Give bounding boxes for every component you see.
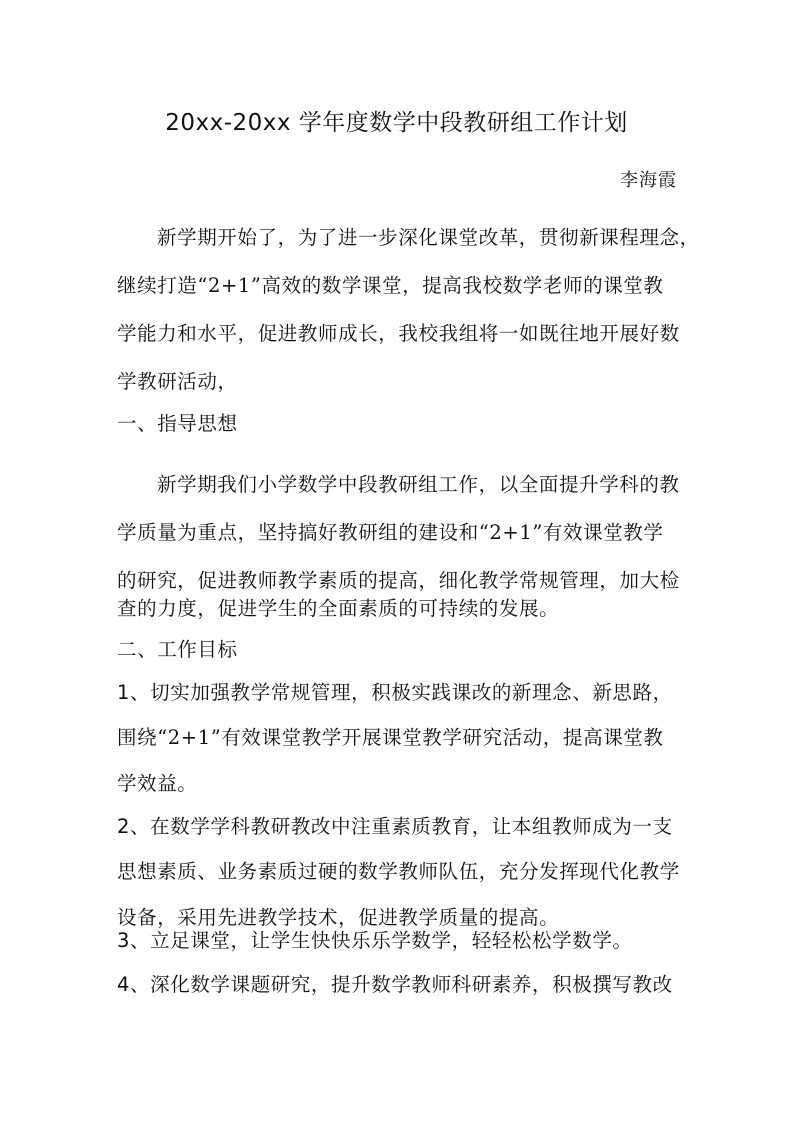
- item-text: 、在数学学科教研教改中注重素质教育，让本组教师成为一支: [130, 815, 673, 838]
- item-text: 、切实加强教学常规管理，积极实践课改的新理念、新思路，: [130, 681, 673, 704]
- section-heading: 二、工作目标: [117, 638, 238, 662]
- item-text: 、深化数学课题研究，提升数学教师科研素养，积极撰写教改: [130, 973, 673, 996]
- author-name: 李海霞: [620, 166, 677, 192]
- paragraph-line: 2、在数学学科教研教改中注重素质教育，让本组教师成为一支: [117, 815, 673, 839]
- paragraph-line: 学效益。: [117, 772, 197, 796]
- paragraph-line: 1、切实加强教学常规管理，积极实践课改的新理念、新思路，: [117, 681, 673, 705]
- document-title: 20xx-20xx 学年度数学中段教研组工作计划: [0, 104, 793, 137]
- paragraph-line: 思想素质、业务素质过硬的数学教师队伍，充分发挥现代化教学: [117, 860, 680, 884]
- paragraph-line: 查的力度，促进学生的全面素质的可持续的发展。: [117, 597, 559, 621]
- paragraph-line: 的研究，促进教师教学素质的提高，细化教学常规管理，加大检: [117, 569, 680, 593]
- item-number: 2: [117, 815, 130, 838]
- item-number: 3: [117, 929, 130, 952]
- paragraph-line: 继续打造“2+1”高效的数学课堂，提高我校数学老师的课堂教: [117, 274, 664, 298]
- item-text: 、立足课堂，让学生快快乐乐学数学，轻轻松松学数学。: [130, 929, 633, 952]
- section-heading: 一、指导思想: [117, 412, 238, 436]
- paragraph-line: 3、立足课堂，让学生快快乐乐学数学，轻轻松松学数学。: [117, 929, 633, 953]
- paragraph-line: 学质量为重点，坚持搞好教研组的建设和“2+1”有效课堂教学: [117, 521, 664, 545]
- paragraph-line: 围绕“2+1”有效课堂教学开展课堂教学研究活动，提高课堂教: [117, 726, 664, 750]
- item-number: 4: [117, 973, 130, 996]
- paragraph-line: 学教研活动，: [117, 370, 238, 394]
- item-number: 1: [117, 681, 130, 704]
- paragraph-line: 学能力和水平，促进教师成长，我校我组将一如既往地开展好数: [117, 322, 680, 346]
- paragraph-line: 新学期我们小学数学中段教研组工作，以全面提升学科的教: [157, 473, 680, 497]
- paragraph-line: 设备，采用先进教学技术，促进教学质量的提高。: [117, 906, 559, 930]
- paragraph-line: 4、深化数学课题研究，提升数学教师科研素养，积极撰写教改: [117, 973, 673, 997]
- paragraph-line: 新学期开始了，为了进一步深化课堂改革，贯彻新课程理念，: [157, 226, 700, 250]
